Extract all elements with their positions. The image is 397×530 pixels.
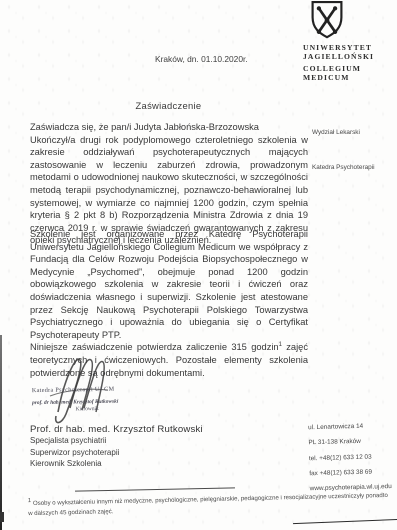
contact-address-line2: PL 31-138 Kraków	[308, 437, 397, 446]
contact-fax: fax +48(12) 633 38 69	[309, 468, 397, 477]
university-name-line2: JAGIELLOŃSKI	[303, 53, 393, 62]
signatory-name: Prof. dr hab. med. Krzysztof Rutkowski	[30, 424, 203, 435]
scanned-certificate-page: UNIWERSYTET JAGIELLOŃSKI COLLEGIUM MEDIC…	[0, 0, 397, 530]
contact-block: ul. Lenartowicza 14 PL 31-138 Kraków tel…	[308, 422, 397, 501]
collegium-line2: MEDICUM	[303, 74, 393, 83]
signatory-role-2: Superwizor psychoterapii	[30, 447, 203, 459]
contact-address-line1: ul. Lenartowicza 14	[308, 422, 397, 431]
footnote-separator	[75, 487, 235, 491]
stamp-line-1: Katedra Psychoterapii UJ CM	[32, 385, 162, 394]
scan-edge-artifact-left	[0, 335, 2, 530]
margin-label-faculty: Wydział Lekarski	[312, 129, 360, 136]
signatory-block: Prof. dr hab. med. Krzysztof Rutkowski S…	[30, 424, 203, 470]
document-title: Zaświadczenie	[30, 100, 307, 111]
margin-label-department: Katedra Psychoterapii	[312, 164, 375, 171]
signatory-role-1: Specjalista psychiatrii	[30, 435, 203, 447]
stamp-line-2: prof. dr hab. med. Krzysztof Rutkowski	[32, 398, 162, 406]
date-line: Kraków, dn. 01.10.2020r.	[155, 54, 248, 64]
department-stamp: Katedra Psychoterapii UJ CM prof. dr hab…	[32, 385, 162, 413]
recipient-line: Zaświadcza się, że pan/i Judyta Jabłońsk…	[30, 121, 308, 134]
university-logo-block: UNIWERSYTET JAGIELLOŃSKI COLLEGIUM MEDIC…	[303, 1, 393, 82]
scan-mark-bottom-right	[293, 519, 397, 524]
footnote-text: Osoby o wykształceniu innym niż medyczne…	[28, 492, 388, 517]
footnote: 1 Osoby o wykształceniu innym niż medycz…	[28, 491, 390, 518]
scan-mark-bottom-left	[0, 512, 4, 522]
paragraph-2: Szkolenie jest organizowane przez Katedr…	[30, 228, 308, 341]
contact-phone: tel. +48(12) 633 12 03	[309, 452, 397, 461]
signatory-role-3: Kierownik Szkolenia	[30, 458, 203, 470]
uj-shield-icon	[309, 1, 345, 41]
